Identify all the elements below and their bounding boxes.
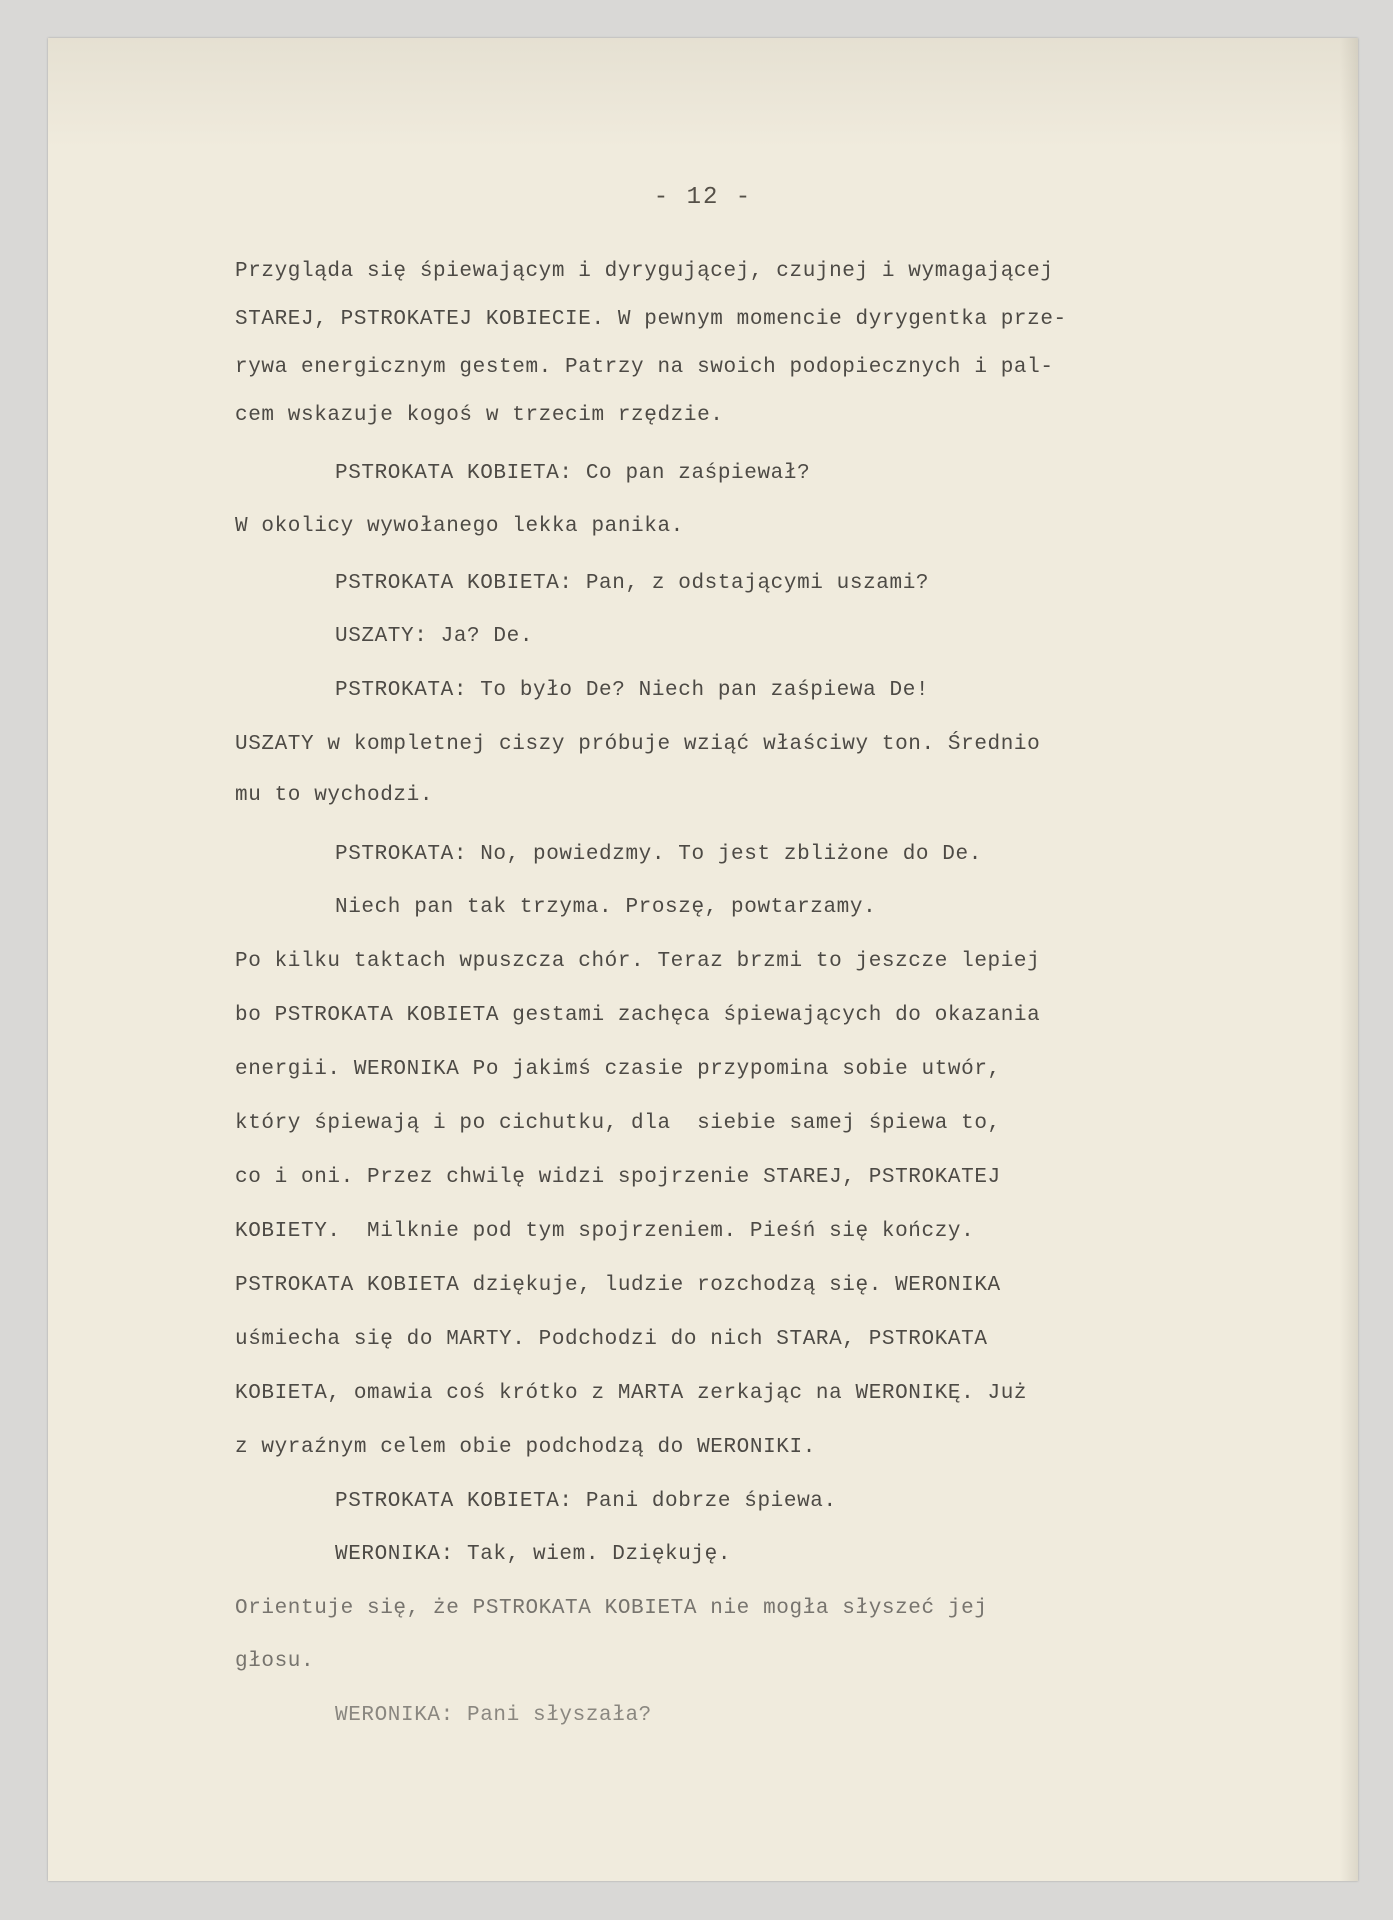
text-line: USZATY w kompletnej ciszy próbuje wziąć … [235,731,1040,759]
text-line: Po kilku taktach wpuszcza chór. Teraz br… [235,948,1040,976]
text-line: KOBIETY. Milknie pod tym spojrzeniem. Pi… [235,1218,974,1246]
text-line: W okolicy wywołanego lekka panika. [235,513,684,541]
text-line: co i oni. Przez chwilę widzi spojrzenie … [235,1164,1001,1192]
dialogue-line: PSTROKATA KOBIETA: Co pan zaśpiewał? [335,460,810,488]
text-line: Orientuje się, że PSTROKATA KOBIETA nie … [235,1595,988,1623]
page-number: - 12 - [48,184,1358,211]
dialogue-line: PSTROKATA: To było De? Niech pan zaśpiew… [335,677,929,705]
dialogue-line: WERONIKA: Tak, wiem. Dziękuję. [335,1541,731,1569]
text-line: głosu. [235,1648,314,1676]
dialogue-line: PSTROKATA KOBIETA: Pani dobrze śpiewa. [335,1488,837,1516]
text-line: STAREJ, PSTROKATEJ KOBIECIE. W pewnym mo… [235,306,1067,334]
text-line: PSTROKATA KOBIETA dziękuje, ludzie rozch… [235,1272,1001,1300]
text-line: mu to wychodzi. [235,782,433,810]
dialogue-line: PSTROKATA KOBIETA: Pan, z odstającymi us… [335,570,929,598]
text-line: cem wskazuje kogoś w trzecim rzędzie. [235,402,723,430]
text-line: który śpiewają i po cichutku, dla siebie… [235,1110,1001,1138]
dialogue-line: Niech pan tak trzyma. Proszę, powtarzamy… [335,894,876,922]
text-line: KOBIETA, omawia coś krótko z MARTA zerka… [235,1380,1027,1408]
dialogue-line: PSTROKATA: No, powiedzmy. To jest zbliżo… [335,841,982,869]
text-line: bo PSTROKATA KOBIETA gestami zachęca śpi… [235,1002,1040,1030]
dialogue-line: WERONIKA: Pani słyszała? [335,1702,652,1730]
dialogue-line: USZATY: Ja? De. [335,623,533,651]
text-line: rywa energicznym gestem. Patrzy na swoic… [235,354,1054,382]
text-line: energii. WERONIKA Po jakimś czasie przyp… [235,1056,1001,1084]
text-line: z wyraźnym celem obie podchodzą do WERON… [235,1434,816,1462]
text-line: uśmiecha się do MARTY. Podchodzi do nich… [235,1326,988,1354]
text-line: Przygląda się śpiewającym i dyrygującej,… [235,258,1054,286]
